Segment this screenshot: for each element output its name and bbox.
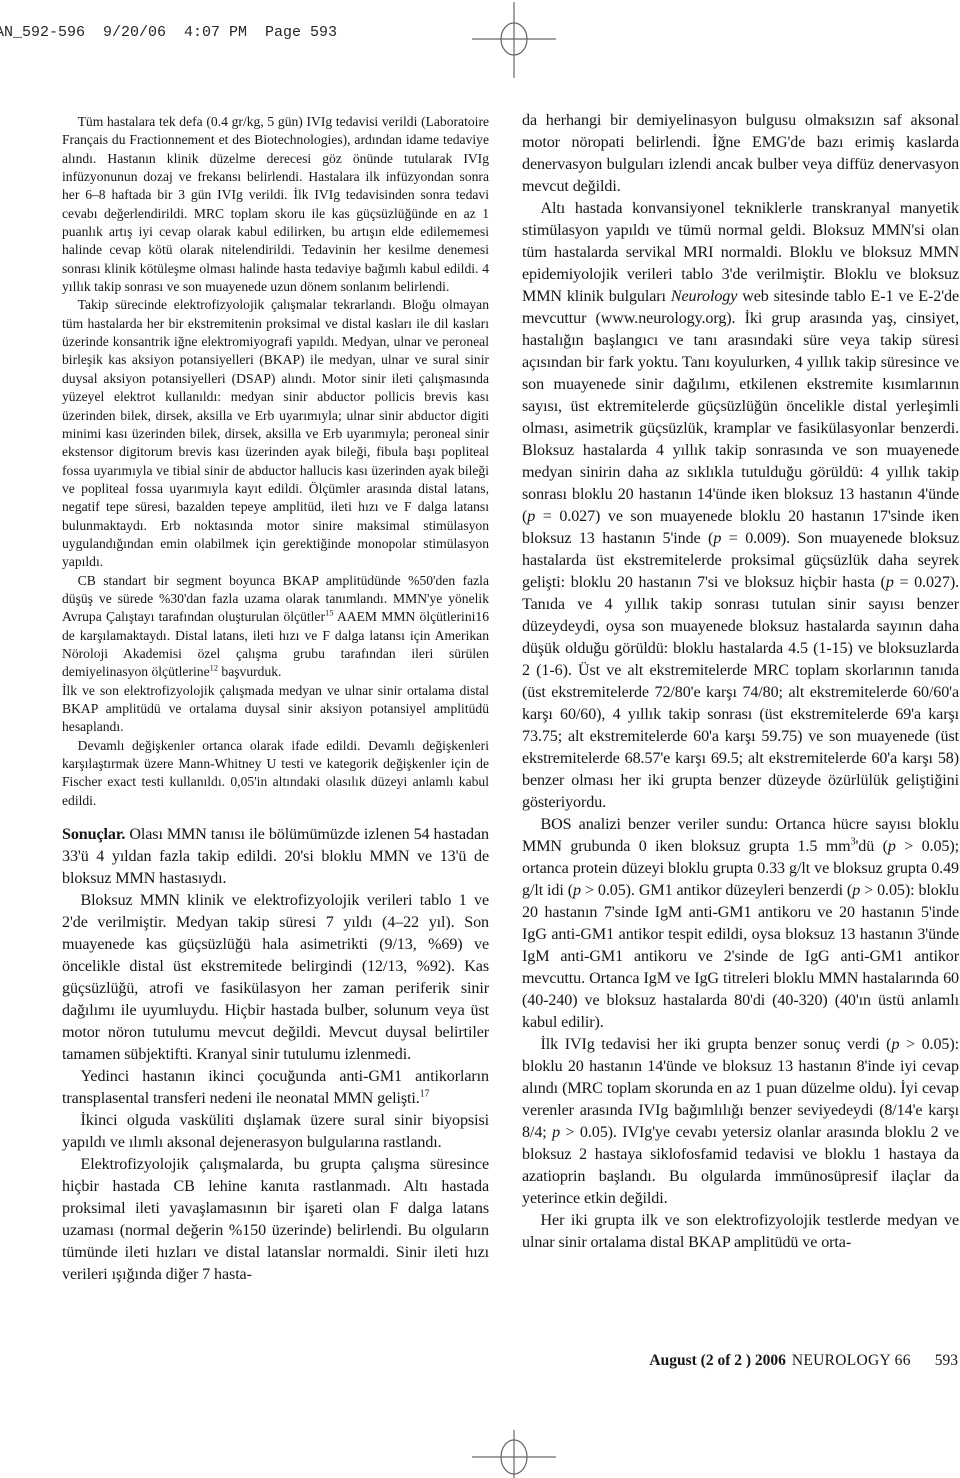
text-segment: 'dü ( — [855, 838, 887, 855]
paragraph: Elektrofizyolojik çalışmalarda, bu grupt… — [62, 1154, 489, 1286]
text-segment: İkinci olguda vasküliti dışlamak üzere s… — [62, 1112, 489, 1151]
text-segment: p — [852, 882, 860, 899]
paragraph: Her iki grupta ilk ve son elektrofizyolo… — [522, 1210, 959, 1254]
text-segment: p — [886, 574, 894, 591]
text-segment: > 0.05): bloklu 20 hastanın 7'sinde IgM … — [522, 882, 959, 1031]
reference-superscript: 12 — [210, 663, 218, 673]
footer-issue-date: August (2 of 2 ) 2006 — [649, 1352, 786, 1370]
paragraph: Altı hastada konvansiyonel tekniklerle t… — [522, 198, 959, 814]
text-segment: başvurduk. — [218, 664, 281, 679]
reference-superscript: 17 — [420, 1089, 430, 1100]
paragraph: Bloksuz MMN klinik ve elektrofizyolojik … — [62, 890, 489, 1066]
registration-mark-icon — [470, 0, 558, 80]
footer-journal-name: NEUROLOGY 66 — [792, 1352, 911, 1370]
text-segment: Olası MMN tanısı ile bölümümüzde izlenen… — [62, 826, 489, 887]
paragraph: İlk ve son elektrofizyolojik çalışmada m… — [62, 682, 489, 737]
right-column-text-block: da herhangi bir demiyelinasyon bulgusu o… — [522, 110, 959, 1350]
text-segment: İlk ve son elektrofizyolojik çalışmada m… — [62, 683, 489, 735]
text-segment: Takip sürecinde elektrofizyolojik çalışm… — [62, 297, 489, 569]
text-segment: p — [573, 882, 581, 899]
text-segment: da herhangi bir demiyelinasyon bulgusu o… — [522, 112, 959, 195]
text-segment: Devamlı değişkenler ortanca olarak ifade… — [62, 738, 489, 808]
journal-page: AN_592-596 9/20/06 4:07 PM Page 593 Tüm … — [0, 0, 960, 1478]
text-segment: Elektrofizyolojik çalışmalarda, bu grupt… — [62, 1156, 489, 1283]
text-segment: Tüm hastalara tek defa (0.4 gr/kg, 5 gün… — [62, 114, 489, 294]
text-segment: p — [888, 838, 896, 855]
paragraph: İlk IVIg tedavisi her iki grupta benzer … — [522, 1034, 959, 1210]
page-footer: August (2 of 2 ) 2006 NEUROLOGY 66 593 — [522, 1352, 958, 1370]
paragraph: İkinci olguda vasküliti dışlamak üzere s… — [62, 1110, 489, 1154]
text-segment: = 0.027). Tanıda ve 4 yıllık takip sonra… — [522, 574, 959, 811]
text-segment: Yedinci hastanın ikinci çocuğunda anti-G… — [62, 1068, 489, 1107]
print-slug: AN_592-596 9/20/06 4:07 PM Page 593 — [0, 24, 337, 41]
text-segment: p — [552, 1124, 560, 1141]
paragraph: Sonuçlar. Olası MMN tanısı ile bölümümüz… — [62, 824, 489, 890]
registration-mark-icon — [470, 1430, 558, 1478]
paragraph: Devamlı değişkenler ortanca olarak ifade… — [62, 737, 489, 810]
paragraph: Takip sürecinde elektrofizyolojik çalışm… — [62, 296, 489, 571]
paragraph: Tüm hastalara tek defa (0.4 gr/kg, 5 gün… — [62, 113, 489, 296]
text-segment: Neurology — [671, 288, 737, 305]
text-segment: > 0.05). IVIg'ye cevabı yetersiz olanlar… — [522, 1124, 959, 1207]
results-text-block: Sonuçlar. Olası MMN tanısı ile bölümümüz… — [62, 824, 489, 1396]
paragraph: BOS analizi benzer veriler sundu: Ortanc… — [522, 814, 959, 1034]
text-segment: web sitesinde tablo E-1 ve E-2'de mevcut… — [522, 288, 959, 525]
text-segment: Bloksuz MMN klinik ve elektrofizyolojik … — [62, 892, 489, 1063]
text-segment: > 0.05). GM1 antikor düzeyleri benzerdi … — [581, 882, 852, 899]
paragraph: da herhangi bir demiyelinasyon bulgusu o… — [522, 110, 959, 198]
text-segment: Sonuçlar. — [62, 826, 125, 843]
paragraph: CB standart bir segment boyunca BKAP amp… — [62, 572, 489, 682]
text-segment: İlk IVIg tedavisi her iki grupta benzer … — [541, 1036, 892, 1053]
footer-page-number: 593 — [935, 1352, 958, 1370]
text-segment: Her iki grupta ilk ve son elektrofizyolo… — [522, 1212, 959, 1251]
methods-text-block: Tüm hastalara tek defa (0.4 gr/kg, 5 gün… — [62, 113, 489, 819]
paragraph: Yedinci hastanın ikinci çocuğunda anti-G… — [62, 1066, 489, 1110]
